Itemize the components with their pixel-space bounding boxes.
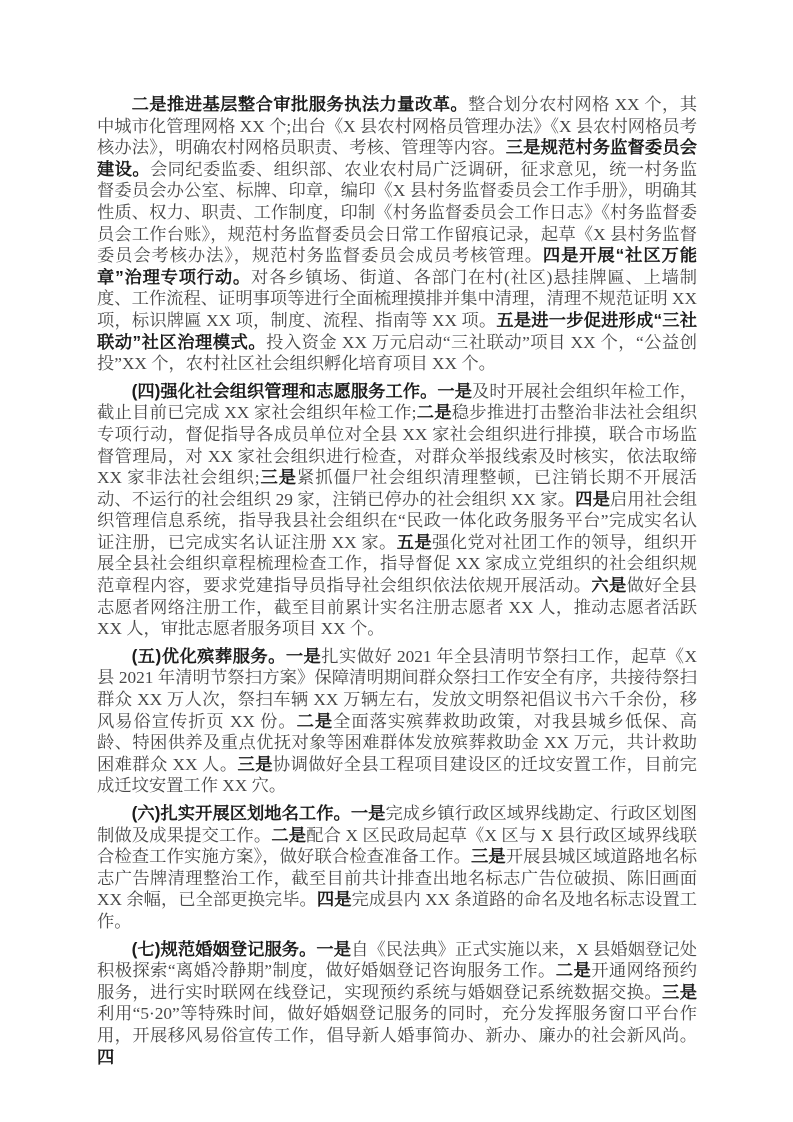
bold-run: 四 [97, 1047, 114, 1067]
bold-run: 二是 [556, 960, 591, 980]
bold-run: 三是 [260, 467, 297, 487]
bold-run: 二是 [416, 402, 451, 422]
document-body: 二是推进基层整合审批服务执法力量改革。整合划分农村网格 XX 个，其中城市化管理… [0, 0, 793, 1068]
bold-run: (七)规范婚姻登记服务。一是 [132, 939, 351, 959]
paragraph: (五)优化殡葬服务。一是扎实做好 2021 年全县清明节祭扫工作，起草《X 县 … [97, 646, 697, 797]
bold-run: 三是 [662, 982, 697, 1002]
bold-run: 二是 [297, 711, 333, 731]
paragraph: 二是推进基层整合审批服务执法力量改革。整合划分农村网格 XX 个，其中城市化管理… [97, 94, 697, 375]
bold-run: (六)扎实开展区划地名工作。一是 [132, 803, 386, 823]
bold-run: 五是 [397, 532, 432, 552]
bold-run: 二是推进基层整合审批服务执法力量改革。 [132, 94, 469, 114]
paragraph: (七)规范婚姻登记服务。一是自《民法典》正式实施以来，X 县婚姻登记处积极探索“… [97, 939, 697, 1069]
bold-run: 二是 [271, 825, 306, 845]
bold-run: 四是 [317, 889, 352, 909]
bold-run: 三是 [471, 846, 506, 866]
bold-run: 四是 [575, 489, 610, 509]
document-page: 二是推进基层整合审批服务执法力量改革。整合划分农村网格 XX 个，其中城市化管理… [0, 0, 793, 1122]
text-run: 利用“5·20”等特殊时间，做好婚姻登记服务的同时，充分发挥服务窗口平台作用，开… [97, 1004, 697, 1045]
paragraph: (六)扎实开展区划地名工作。一是完成乡镇行政区域界线勘定、行政区划图制做及成果提… [97, 803, 697, 933]
bold-run: (四)强化社会组织管理和志愿服务工作。一是 [132, 381, 472, 401]
bold-run: (五)优化殡葬服务。一是 [132, 646, 322, 666]
bold-run: 六是 [591, 575, 626, 595]
paragraph: (四)强化社会组织管理和志愿服务工作。一是及时开展社会组织年检工作，截止目前已完… [97, 381, 697, 640]
bold-run: 三是 [238, 754, 273, 774]
